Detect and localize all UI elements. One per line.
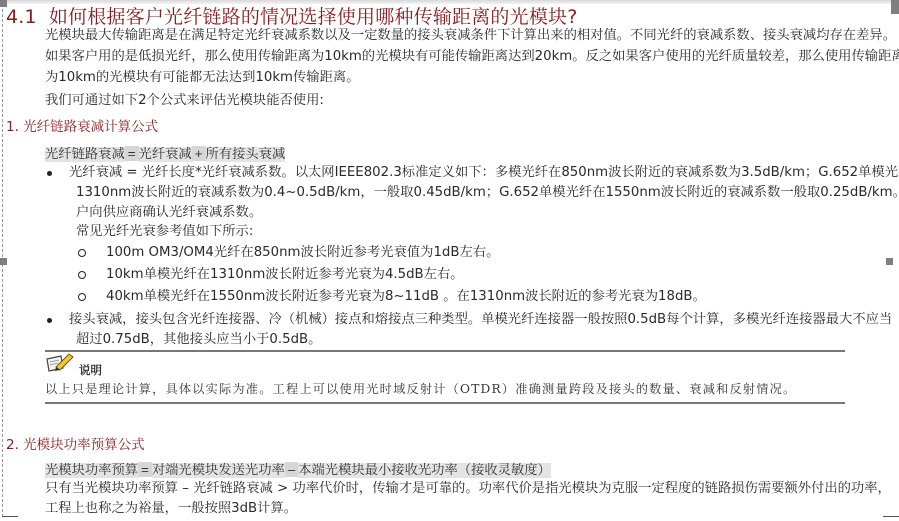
formula-term-2: 所有接头衰减 [206,147,286,162]
sub-list-item: 100m OM3/OM4光纤在850nm波长附近参考光衰值为1dB左右。 [106,243,499,263]
resize-handle-middle-right[interactable] [886,258,893,265]
resize-handle-bottom-right[interactable] [883,516,899,517]
resize-handle-middle-left[interactable] [0,258,7,265]
formula-equals: = [138,462,152,477]
formula-equals: = [125,146,139,161]
intro-line: 如果客户用的是低损光纤，那么使用传输距离为10km的光模块有可能传输距离达到20… [45,46,899,67]
intro-line: 光模块最大传输距离是在满足特定光纤衰减系数以及一定数量的接头衰减条件下计算出来的… [45,25,899,46]
bullet-icon [47,171,52,176]
resize-handle-top-right[interactable] [891,0,899,14]
section-2-line: 工程上也称之为裕量，一般按照3dB计算。 [45,499,297,519]
intro-lead-in: 我们可通过如下2个公式来评估光模块能否使用: [45,90,324,111]
note-text: 以上只是理论计算，具体以实际为准。工程上可以使用光时域反射计（OTDR）准确测量… [45,380,796,397]
note-pencil-icon [45,352,75,374]
note-bottom-rule [45,402,845,404]
sub-list-item: 10km单模光纤在1310nm波长附近参考光衰为4.5dB左右。 [106,265,464,285]
formula-lhs: 光模块功率预算 [45,463,138,478]
bullet-2-line: 超过0.75dB，其他接头应当小于0.5dB。 [76,330,321,350]
sub-bullet-icon [78,293,86,301]
formula-term-2: 本端光模块最小接收光功率（接收灵敏度） [298,463,551,478]
sub-list-intro: 常见光纤光衰参考值如下所示: [76,222,253,242]
formula-minus: – [285,462,298,477]
sub-list-item: 40km单模光纤在1550nm波长附近参考光衰为8~11dB 。在1310nm波… [106,287,706,307]
bullet-1-line: 光纤衰减 = 光纤长度*光纤衰减系数。以太网IEEE802.3标准定义如下：多模… [69,163,899,183]
bullet-icon [47,318,52,323]
section-2-line: 只有当光模块功率预算 – 光纤链路衰减 > 功率代价时，传输才是可靠的。功率代价… [45,479,891,499]
sub-bullet-icon [78,249,86,257]
formula-plus: + [192,146,206,161]
section-1-title: 1. 光纤链路衰减计算公式 [6,115,158,135]
bullet-1-line: 户向供应商确认光纤衰减系数。 [76,203,262,223]
note-label: 说明 [79,362,102,378]
formula-term-1: 光纤衰减 [139,147,192,162]
formula-term-1: 对端光模块发送光功率 [152,463,285,478]
sub-bullet-icon [78,271,86,279]
section-2-title: 2. 光模块功率预算公式 [6,433,145,453]
bullet-2-line: 接头衰减，接头包含光纤连接器、冷（机械）接点和熔接点三种类型。单模光纤连接器一般… [69,310,892,330]
formula-power-budget: 光模块功率预算=对端光模块发送光功率–本端光模块最小接收光功率（接收灵敏度） [45,459,551,478]
intro-line: 为10km的光模块有可能都无法达到10km传输距离。 [45,67,899,88]
note-top-rule [45,350,845,352]
resize-handle-bottom-left[interactable] [2,516,18,517]
section-number: 4.1 [6,6,37,28]
intro-paragraph: 光模块最大传输距离是在满足特定光纤衰减系数以及一定数量的接头衰减条件下计算出来的… [45,25,899,88]
formula-link-attenuation: 光纤链路衰减=光纤衰减+所有接头衰减 [45,143,285,162]
bullet-1-line: 1310nm波长附近的衰减系数为0.4~0.5dB/km，一般取0.45dB/k… [76,183,899,203]
formula-lhs: 光纤链路衰减 [45,147,125,162]
